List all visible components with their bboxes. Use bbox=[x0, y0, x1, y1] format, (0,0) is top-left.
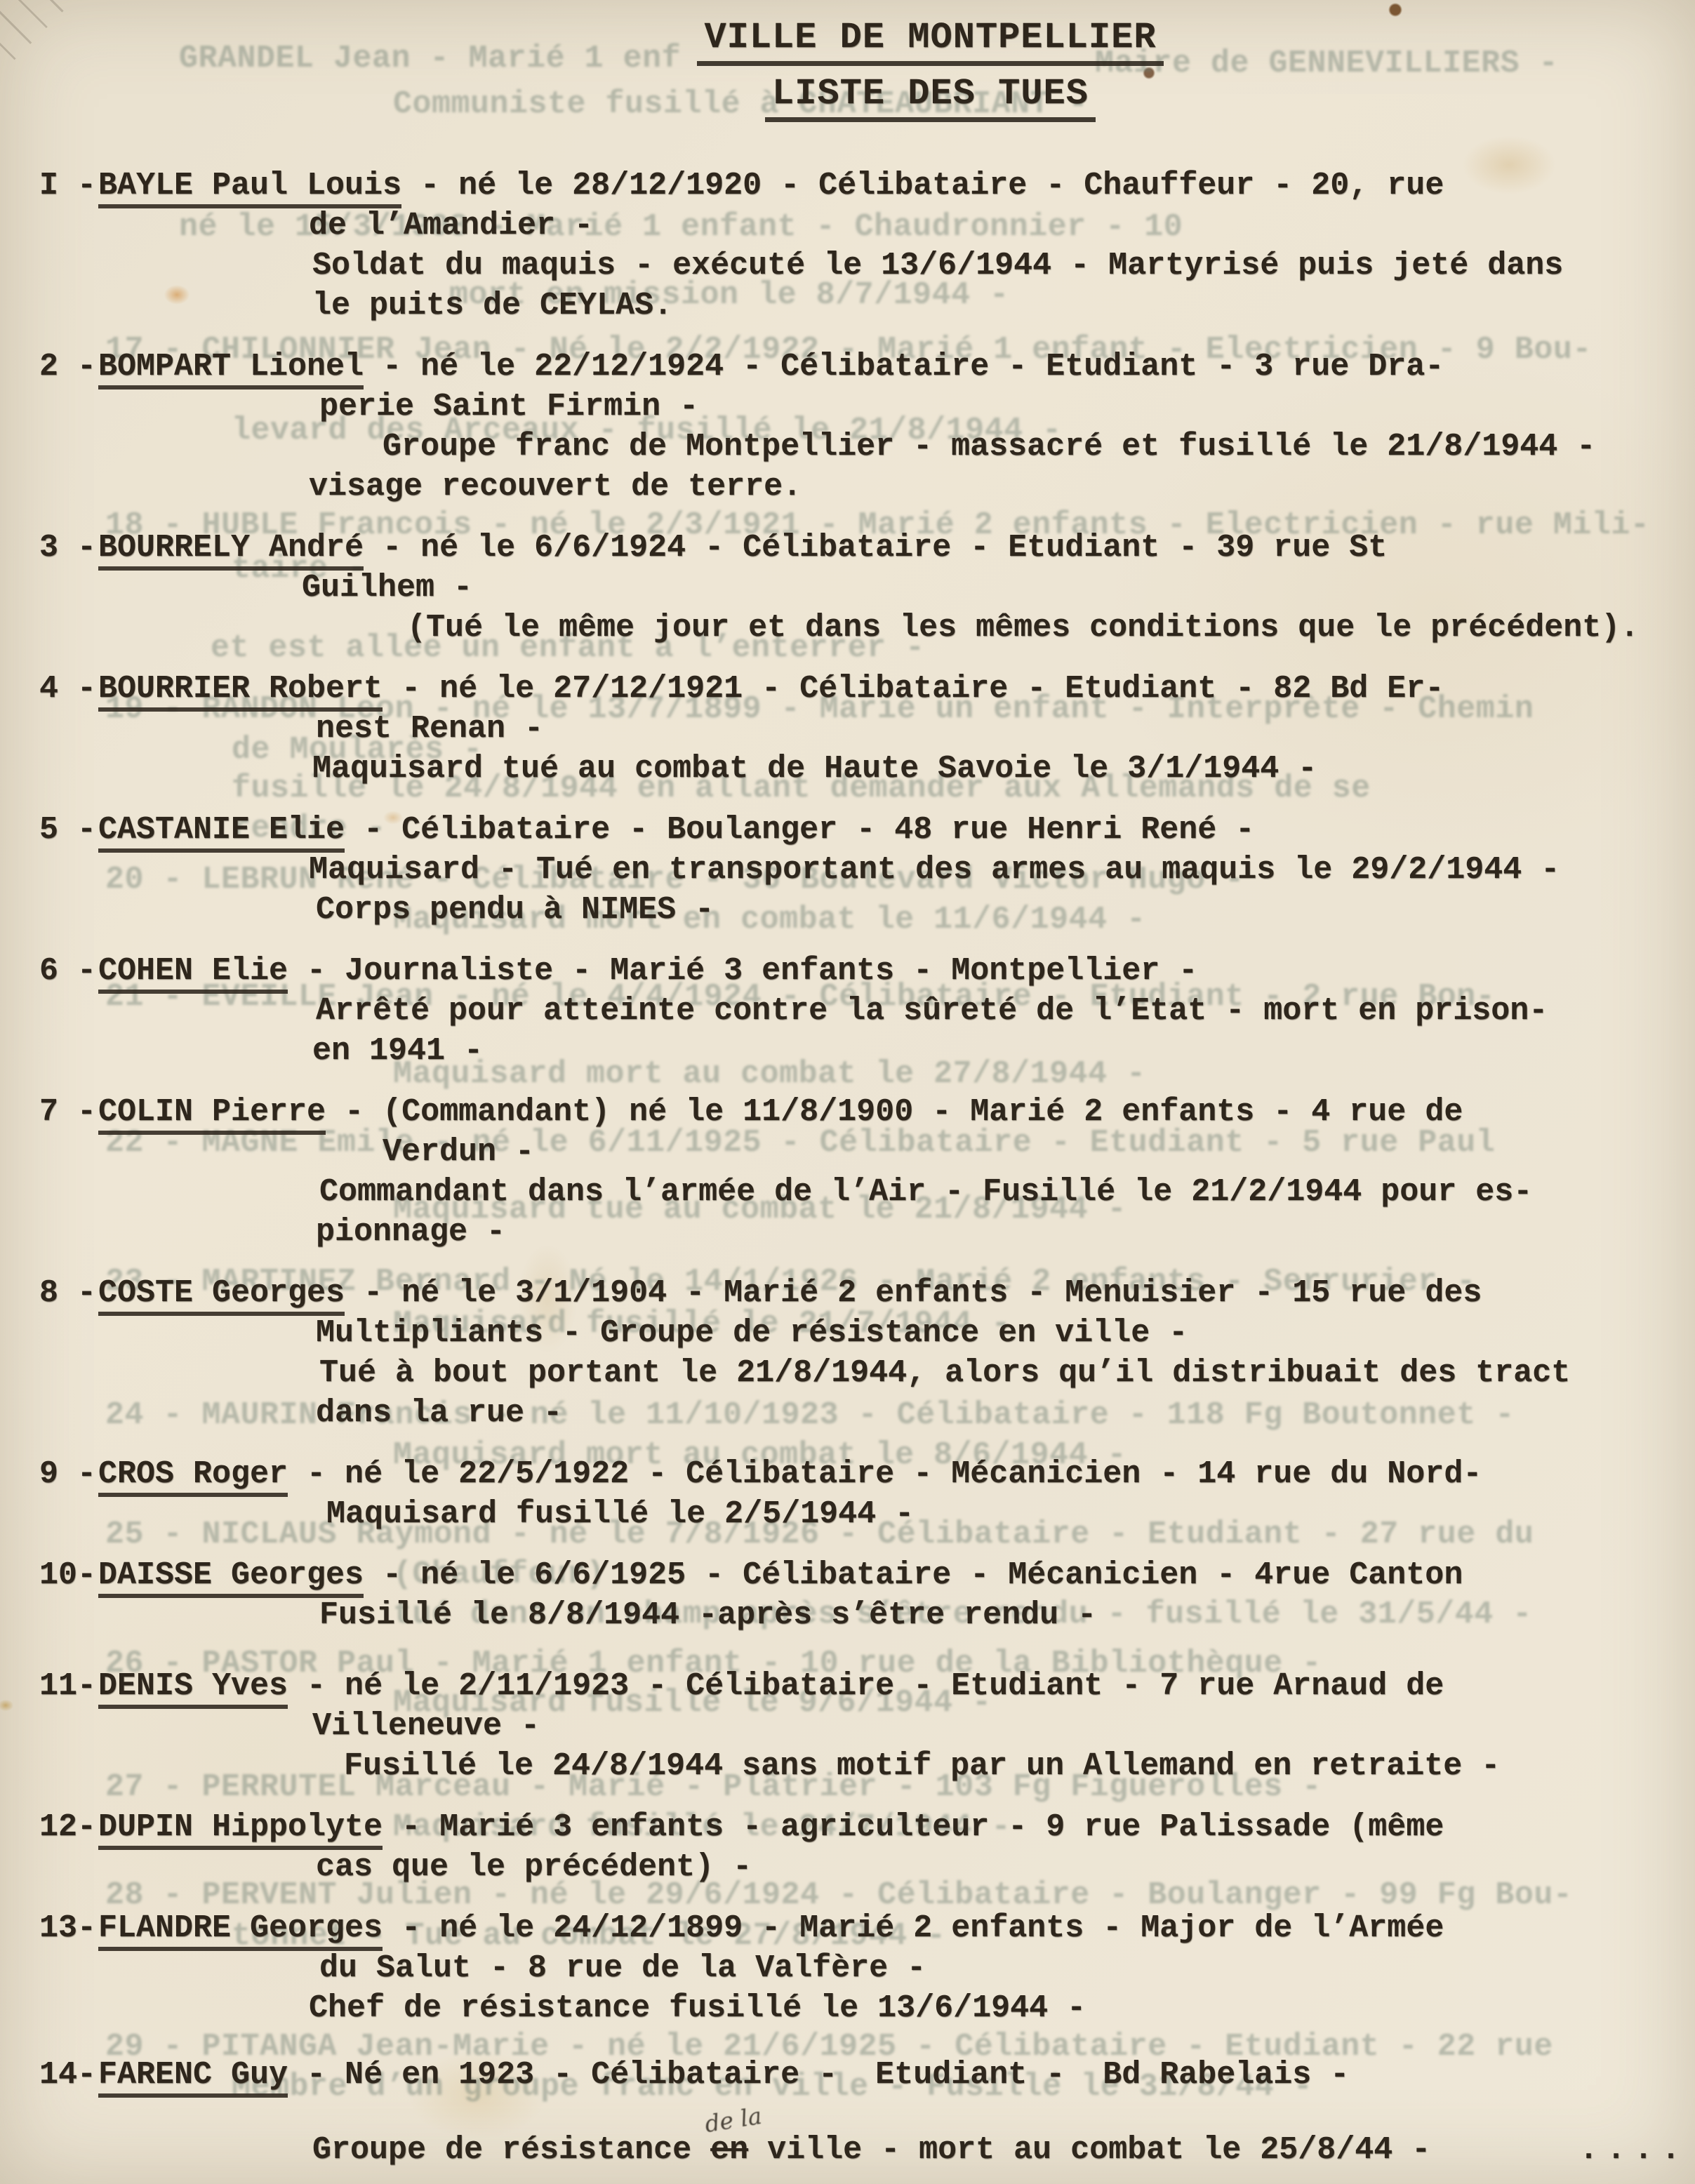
victim-name: FLANDRE Georges bbox=[98, 1910, 383, 1951]
entry-details: - né le 6/6/1924 - Célibataire - Etudian… bbox=[364, 530, 1387, 566]
list-entry: 8 -COSTE Georges - né le 3/1/1904 - Mari… bbox=[0, 1273, 1695, 1433]
entry-text: Groupe de résistance bbox=[312, 2132, 710, 2168]
entry-detail-line: cas que le précédent) - bbox=[316, 1847, 1695, 1887]
entry-first-line: 13-FLANDRE Georges - né le 24/12/1899 - … bbox=[39, 1908, 1695, 1948]
title-line-2: LISTE DES TUES bbox=[765, 74, 1096, 122]
entry-detail-line: Arrêté pour atteinte contre la sûreté de… bbox=[316, 991, 1695, 1031]
entry-number: 14- bbox=[39, 2055, 98, 2095]
entry-first-line: 4 -BOURRIER Robert - né le 27/12/1921 - … bbox=[39, 669, 1695, 709]
entry-first-line: 8 -COSTE Georges - né le 3/1/1904 - Mari… bbox=[39, 1273, 1695, 1313]
title-line-1: VILLE DE MONTPELLIER bbox=[697, 18, 1163, 66]
entry-detail-line: nest Renan - bbox=[316, 709, 1695, 749]
entry-first-line: I -BAYLE Paul Louis - né le 28/12/1920 -… bbox=[39, 166, 1695, 206]
entry-detail-line: pionnage - bbox=[316, 1212, 1695, 1252]
entry-number: I - bbox=[39, 166, 98, 206]
list-entry: 4 -BOURRIER Robert - né le 27/12/1921 - … bbox=[0, 669, 1695, 789]
entry-number: 4 - bbox=[39, 669, 98, 709]
entry-detail-line: perie Saint Firmin - bbox=[319, 387, 1695, 427]
entry-details: - né le 22/5/1922 - Célibataire - Mécani… bbox=[288, 1456, 1482, 1492]
entry-details: - né le 6/6/1925 - Célibataire - Mécanic… bbox=[364, 1557, 1463, 1593]
trailing-dots: .... bbox=[1579, 2130, 1689, 2170]
victim-name: COHEN Elie bbox=[98, 953, 288, 994]
entry-first-line: 5 -CASTANIE Elie - Célibataire - Boulang… bbox=[39, 810, 1695, 850]
entry-detail-line: Maquisard tué au combat de Haute Savoie … bbox=[312, 749, 1695, 789]
entry-detail-line: de l’Amandier - bbox=[309, 206, 1695, 246]
entries: I -BAYLE Paul Louis - né le 28/12/1920 -… bbox=[0, 166, 1695, 2170]
entry-number: 13- bbox=[39, 1908, 98, 1948]
entry-number: 2 - bbox=[39, 347, 98, 387]
entry-number: 8 - bbox=[39, 1273, 98, 1313]
entry-details: - né le 22/12/1924 - Célibataire - Etudi… bbox=[364, 349, 1444, 385]
list-entry: 5 -CASTANIE Elie - Célibataire - Boulang… bbox=[0, 810, 1695, 930]
entry-first-line: 3 -BOURRELY André - né le 6/6/1924 - Cél… bbox=[39, 528, 1695, 568]
entry-first-line: 12-DUPIN Hippolyte - Marié 3 enfants - a… bbox=[39, 1807, 1695, 1847]
entry-first-line: 9 -CROS Roger - né le 22/5/1922 - Céliba… bbox=[39, 1454, 1695, 1494]
entry-detail-line: Groupe franc de Montpellier - massacré e… bbox=[383, 427, 1695, 467]
entry-details: - (Commandant) né le 11/8/1900 - Marié 2… bbox=[326, 1094, 1463, 1130]
document-content: VILLE DE MONTPELLIER LISTE DES TUES I -B… bbox=[0, 0, 1695, 2170]
entry-detail-line: Multipliants - Groupe de résistance en v… bbox=[316, 1313, 1695, 1353]
entry-details: - Né en 1923 - Célibataire - Etudiant - … bbox=[288, 2057, 1349, 2093]
victim-name: DUPIN Hippolyte bbox=[98, 1809, 383, 1850]
entry-text: ville - mort au combat le 25/8/44 - bbox=[748, 2132, 1430, 2168]
entry-details: - né le 27/12/1921 - Célibataire - Etudi… bbox=[383, 671, 1444, 707]
victim-name: BOMPART Lionel bbox=[98, 349, 364, 389]
entry-details: - né le 2/11/1923 - Célibataire - Etudia… bbox=[288, 1668, 1444, 1704]
list-entry: 10-DAISSE Georges - né le 6/6/1925 - Cél… bbox=[0, 1555, 1695, 1635]
entry-number: 3 - bbox=[39, 528, 98, 568]
entry-first-line: 6 -COHEN Elie - Journaliste - Marié 3 en… bbox=[39, 951, 1695, 991]
entry-number: 11- bbox=[39, 1666, 98, 1706]
document-title: VILLE DE MONTPELLIER LISTE DES TUES bbox=[697, 18, 1163, 122]
victim-name: BOURRIER Robert bbox=[98, 671, 383, 712]
entry-detail-line: Maquisard - Tué en transportant des arme… bbox=[309, 850, 1695, 890]
victim-name: FARENC Guy bbox=[98, 2057, 288, 2098]
victim-name: DENIS Yves bbox=[98, 1668, 288, 1709]
entry-first-line: 14-FARENC Guy - Né en 1923 - Célibataire… bbox=[39, 2055, 1695, 2095]
entry-details: - né le 3/1/1904 - Marié 2 enfants - Men… bbox=[345, 1275, 1482, 1311]
entry-details: - né le 28/12/1920 - Célibataire - Chauf… bbox=[401, 168, 1444, 204]
list-entry: I -BAYLE Paul Louis - né le 28/12/1920 -… bbox=[0, 166, 1695, 326]
entry-number: 9 - bbox=[39, 1454, 98, 1494]
victim-name: CASTANIE Elie bbox=[98, 812, 345, 853]
entry-details: - Marié 3 enfants - agriculteur - 9 rue … bbox=[383, 1809, 1444, 1845]
entry-detail-line: du Salut - 8 rue de la Valfère - bbox=[319, 1948, 1695, 1988]
victim-name: DAISSE Georges bbox=[98, 1557, 364, 1598]
entry-detail-line: (Tué le même jour et dans les mêmes cond… bbox=[407, 608, 1695, 648]
entry-detail-line: Verdun - bbox=[383, 1132, 1695, 1172]
entry-detail-line: dans la rue - bbox=[316, 1393, 1695, 1433]
entry-detail-line: le puits de CEYLAS. bbox=[312, 286, 1695, 326]
victim-name: COSTE Georges bbox=[98, 1275, 345, 1316]
victim-name: COLIN Pierre bbox=[98, 1094, 326, 1135]
document-page: GRANDEL Jean - Marié 1 enfMaire de GENNE… bbox=[0, 0, 1695, 2184]
victim-name: BAYLE Paul Louis bbox=[98, 168, 401, 208]
victim-name: CROS Roger bbox=[98, 1456, 288, 1497]
entry-detail-line: visage recouvert de terre. bbox=[309, 467, 1695, 507]
entry-detail-line: Corps pendu à NIMES - bbox=[316, 890, 1695, 930]
list-entry: 13-FLANDRE Georges - né le 24/12/1899 - … bbox=[0, 1908, 1695, 2028]
list-entry: 6 -COHEN Elie - Journaliste - Marié 3 en… bbox=[0, 951, 1695, 1071]
entry-number: 12- bbox=[39, 1807, 98, 1847]
list-entry: 9 -CROS Roger - né le 22/5/1922 - Céliba… bbox=[0, 1454, 1695, 1534]
list-entry: 14-FARENC Guy - Né en 1923 - Célibataire… bbox=[0, 2055, 1695, 2170]
entry-detail-line: Maquisard fusillé le 2/5/1944 - bbox=[326, 1494, 1695, 1534]
entry-first-line: 10-DAISSE Georges - né le 6/6/1925 - Cél… bbox=[39, 1555, 1695, 1595]
entry-detail-line: Fusillé le 8/8/1944 -après s’être rendu … bbox=[319, 1595, 1695, 1635]
list-entry: 11-DENIS Yves - né le 2/11/1923 - Céliba… bbox=[0, 1666, 1695, 1786]
victim-name: BOURRELY André bbox=[98, 530, 364, 571]
entry-detail-line: Soldat du maquis - exécuté le 13/6/1944 … bbox=[312, 246, 1695, 286]
entry-detail-line: Tué à bout portant le 21/8/1944, alors q… bbox=[319, 1353, 1695, 1393]
list-entry: 3 -BOURRELY André - né le 6/6/1924 - Cél… bbox=[0, 528, 1695, 648]
entry-detail-line: Commandant dans l’armée de l’Air - Fusil… bbox=[319, 1172, 1695, 1212]
entry-number: 6 - bbox=[39, 951, 98, 991]
entry-first-line: 11-DENIS Yves - né le 2/11/1923 - Céliba… bbox=[39, 1666, 1695, 1706]
entry-details: - né le 24/12/1899 - Marié 2 enfants - M… bbox=[383, 1910, 1444, 1946]
list-entry: 12-DUPIN Hippolyte - Marié 3 enfants - a… bbox=[0, 1807, 1695, 1887]
entry-detail-line: Guilhem - bbox=[302, 568, 1695, 608]
entry-details: - Célibataire - Boulanger - 48 rue Henri… bbox=[345, 812, 1254, 848]
entry-detail-line: Chef de résistance fusillé le 13/6/1944 … bbox=[309, 1988, 1695, 2028]
struck-word: en bbox=[710, 2132, 748, 2168]
entry-detail-line: Villeneuve - bbox=[312, 1706, 1695, 1746]
entry-first-line: 7 -COLIN Pierre - (Commandant) né le 11/… bbox=[39, 1092, 1695, 1132]
entry-number: 10- bbox=[39, 1555, 98, 1595]
entry-detail-line: Groupe de résistance ende la ville - mor… bbox=[312, 2130, 1695, 2170]
list-entry: 2 -BOMPART Lionel - né le 22/12/1924 - C… bbox=[0, 347, 1695, 507]
correction: ende la bbox=[710, 2132, 748, 2168]
entry-number: 7 - bbox=[39, 1092, 98, 1132]
entry-detail-line: Fusillé le 24/8/1944 sans motif par un A… bbox=[344, 1746, 1695, 1786]
handwritten-correction: de la bbox=[703, 2104, 764, 2136]
entry-details: - Journaliste - Marié 3 enfants - Montpe… bbox=[288, 953, 1197, 989]
list-entry: 7 -COLIN Pierre - (Commandant) né le 11/… bbox=[0, 1092, 1695, 1252]
entry-detail-line: en 1941 - bbox=[312, 1031, 1695, 1071]
entry-number: 5 - bbox=[39, 810, 98, 850]
entry-first-line: 2 -BOMPART Lionel - né le 22/12/1924 - C… bbox=[39, 347, 1695, 387]
